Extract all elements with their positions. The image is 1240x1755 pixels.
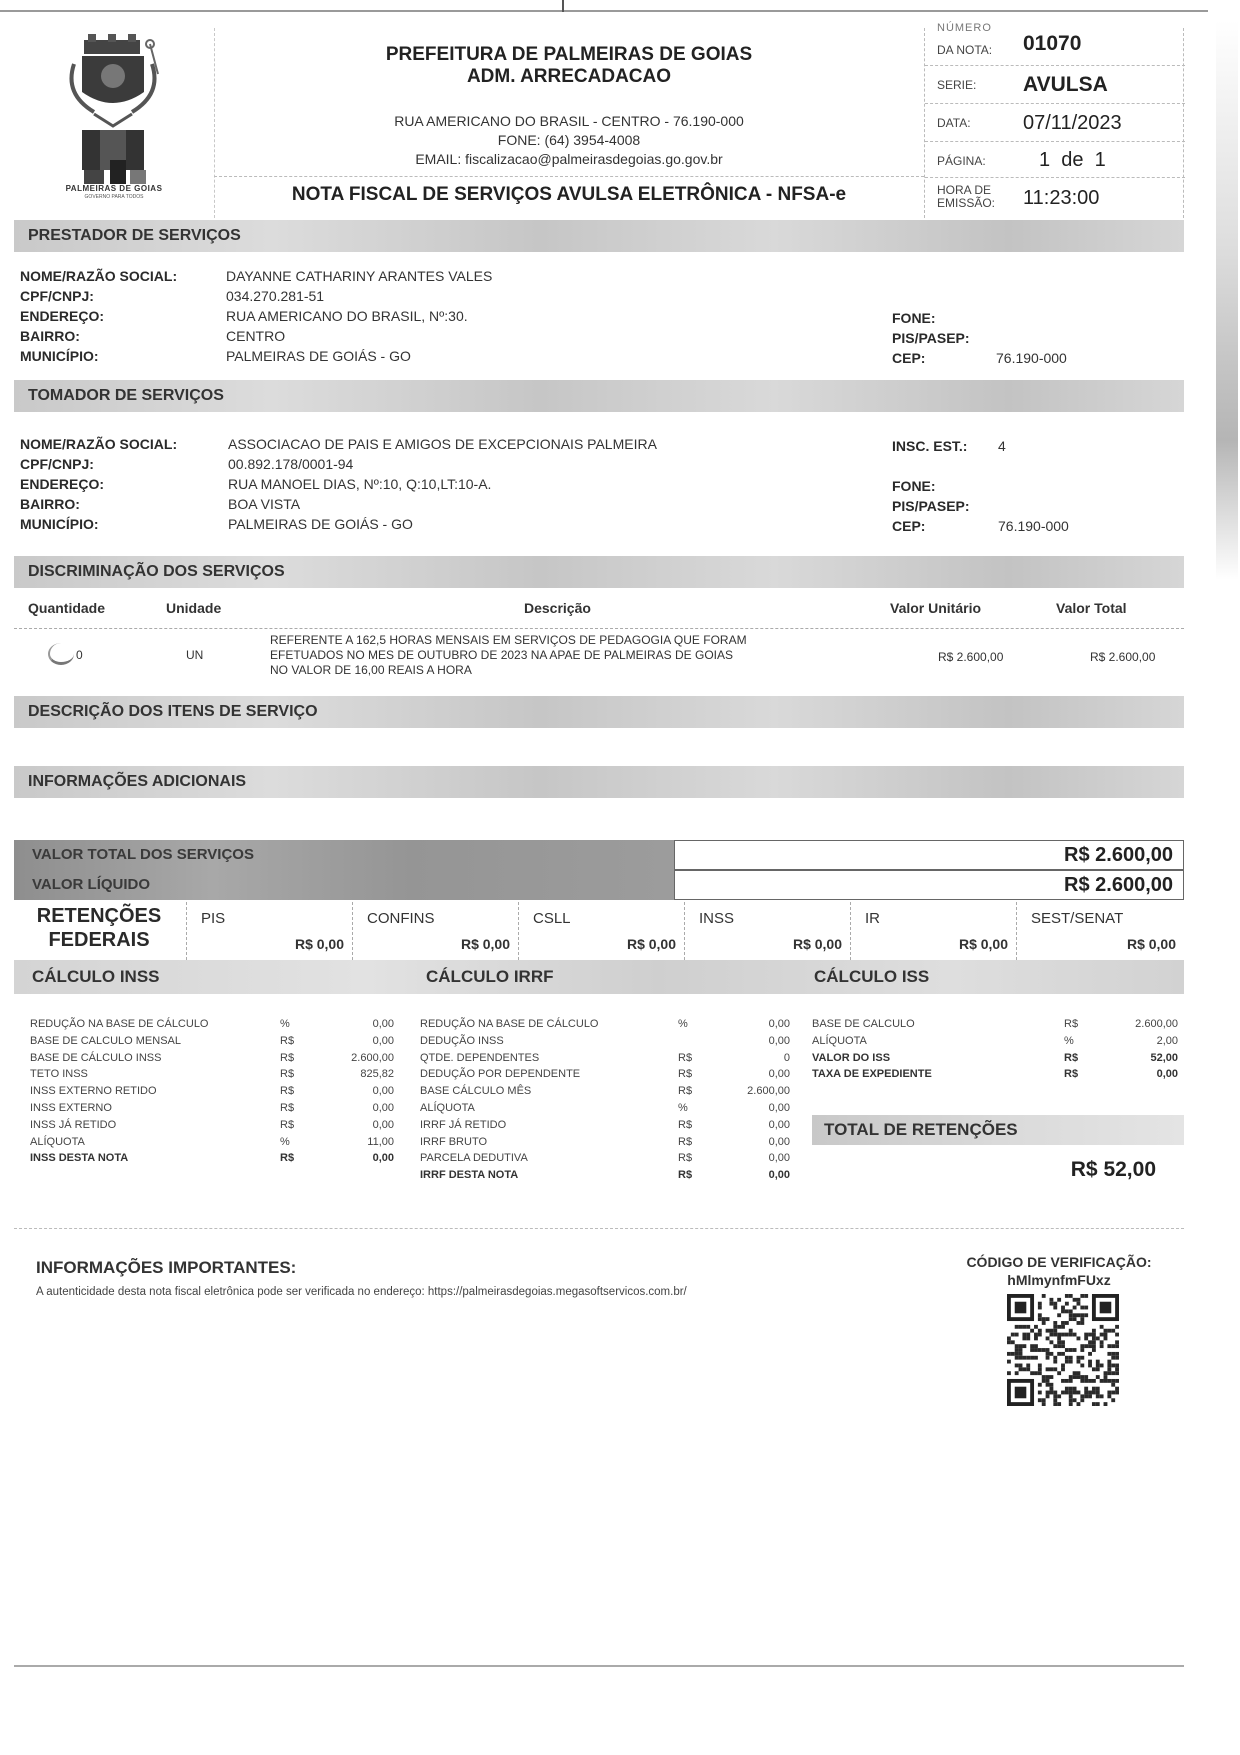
column-header-descricao: Descrição bbox=[524, 600, 591, 616]
section-title-tomador: TOMADOR DE SERVIÇOS bbox=[28, 387, 224, 405]
column-header-valor-unitario: Valor Unitário bbox=[890, 600, 981, 616]
retencao-value: R$ 0,00 bbox=[1127, 936, 1176, 952]
calc-row-label: PARCELA DEDUTIVA bbox=[420, 1152, 528, 1164]
calc-row-value: 52,00 bbox=[1098, 1052, 1178, 1064]
calculo-bar: CÁLCULO INSS CÁLCULO IRRF CÁLCULO ISS bbox=[14, 960, 1184, 994]
calc-row-value: 0,00 bbox=[710, 1119, 790, 1131]
section-bar-info-adicionais: INFORMAÇÕES ADICIONAIS bbox=[14, 766, 1184, 798]
calc-row-value: 0,00 bbox=[314, 1102, 394, 1114]
label-nome: NOME/RAZÃO SOCIAL: bbox=[20, 268, 177, 284]
label-bairro: BAIRRO: bbox=[20, 328, 80, 344]
value-box-valor-liquido: R$ 2.600,00 bbox=[674, 870, 1184, 900]
calc-row-value: 825,82 bbox=[314, 1068, 394, 1080]
column-header-unidade: Unidade bbox=[166, 600, 221, 616]
calc-row-value: 0,00 bbox=[314, 1035, 394, 1047]
retencao-value: R$ 0,00 bbox=[461, 936, 510, 952]
label-municipio: MUNICÍPIO: bbox=[20, 348, 99, 364]
calc-row-unit: R$ bbox=[678, 1119, 692, 1131]
retencao-value: R$ 0,00 bbox=[959, 936, 1008, 952]
retencao-ir: IR R$ 0,00 bbox=[850, 902, 1016, 960]
calc-row-unit: % bbox=[678, 1102, 688, 1114]
coat-of-arms-logo-icon bbox=[54, 34, 174, 204]
meta-label-pagina: PÁGINA: bbox=[937, 155, 986, 168]
calc-row-label: ALÍQUOTA bbox=[30, 1136, 85, 1148]
calculo-inss-title: CÁLCULO INSS bbox=[32, 967, 160, 987]
label-cep: CEP: bbox=[892, 350, 925, 366]
label-valor-liquido: VALOR LÍQUIDO bbox=[32, 876, 150, 893]
page-bottom-edge bbox=[14, 1665, 1184, 1667]
calculo-iss-title: CÁLCULO ISS bbox=[814, 967, 929, 987]
meta-label-serie: SERIE: bbox=[937, 79, 976, 92]
label-fone: FONE: bbox=[892, 478, 936, 494]
prestador-cep: 76.190-000 bbox=[996, 350, 1067, 366]
calc-row-label: IRRF JÁ RETIDO bbox=[420, 1119, 506, 1131]
calc-row-value: 0,00 bbox=[314, 1119, 394, 1131]
calc-row-label: BASE DE CALCULO MENSAL bbox=[30, 1035, 181, 1047]
valor-total-servicos: R$ 2.600,00 bbox=[1064, 844, 1173, 867]
calc-row-unit: % bbox=[280, 1136, 290, 1148]
prestador-bairro: CENTRO bbox=[226, 328, 285, 344]
total-retencoes-value: R$ 52,00 bbox=[1071, 1158, 1156, 1182]
label-municipio: MUNICÍPIO: bbox=[20, 516, 99, 532]
label-cpf: CPF/CNPJ: bbox=[20, 288, 94, 304]
cell-valor-total: R$ 2.600,00 bbox=[1090, 650, 1155, 665]
retencao-confins: CONFINS R$ 0,00 bbox=[352, 902, 518, 960]
logo-municipality-name: PALMEIRAS DE GOIAS bbox=[50, 184, 178, 193]
prefeitura-phone: FONE: (64) 3954-4008 bbox=[214, 131, 924, 150]
redaction-blot bbox=[48, 643, 74, 665]
calc-row-value: 0,00 bbox=[710, 1169, 790, 1181]
table-header-divider bbox=[14, 628, 1184, 629]
nota-date: 07/11/2023 bbox=[1023, 112, 1122, 135]
retencao-name: CSLL bbox=[533, 910, 571, 927]
prefeitura-email: EMAIL: fiscalizacao@palmeirasdegoias.go.… bbox=[214, 150, 924, 169]
prestador-municipio: PALMEIRAS DE GOIÁS - GO bbox=[226, 348, 411, 364]
calc-row-label: INSS JÁ RETIDO bbox=[30, 1119, 116, 1131]
calc-row-unit: R$ bbox=[678, 1085, 692, 1097]
section-bar-tomador: TOMADOR DE SERVIÇOS bbox=[14, 380, 1184, 412]
retencao-value: R$ 0,00 bbox=[793, 936, 842, 952]
calc-row-unit: % bbox=[678, 1018, 688, 1030]
tomador-municipio: PALMEIRAS DE GOIÁS - GO bbox=[228, 516, 413, 532]
scan-artifact bbox=[1216, 20, 1238, 580]
retencao-name: SEST/SENAT bbox=[1031, 910, 1123, 927]
meta-label-numero-cut: NÚMERO bbox=[937, 22, 992, 34]
calc-row-value: 0,00 bbox=[710, 1102, 790, 1114]
retencoes-title: RETENÇÕES FEDERAIS bbox=[14, 904, 184, 952]
retencao-inss: INSS R$ 0,00 bbox=[684, 902, 850, 960]
calc-row-value: 0,00 bbox=[710, 1136, 790, 1148]
calc-row-unit: % bbox=[280, 1018, 290, 1030]
cell-quantidade: 0 bbox=[76, 648, 83, 663]
calc-row-unit: R$ bbox=[280, 1035, 294, 1047]
calc-row-label: IRRF BRUTO bbox=[420, 1136, 487, 1148]
prefeitura-title: PREFEITURA DE PALMEIRAS DE GOIAS bbox=[214, 44, 924, 66]
total-bar-valor-total: VALOR TOTAL DOS SERVIÇOS bbox=[14, 840, 674, 870]
section-bar-prestador: PRESTADOR DE SERVIÇOS bbox=[14, 220, 1184, 252]
retencoes-federais-row: RETENÇÕES FEDERAIS PIS R$ 0,00 CONFINS R… bbox=[14, 902, 1184, 960]
calc-row-value: 0,00 bbox=[710, 1068, 790, 1080]
tomador-nome: ASSOCIACAO DE PAIS E AMIGOS DE EXCEPCION… bbox=[228, 436, 657, 452]
tomador-insc-est: 4 bbox=[998, 438, 1006, 454]
tomador-endereco: RUA MANOEL DIAS, Nº:10, Q:10,LT:10-A. bbox=[228, 476, 491, 492]
calc-row-value: 2.600,00 bbox=[314, 1052, 394, 1064]
department-title: ADM. ARRECADACAO bbox=[214, 66, 924, 88]
total-retencoes-label: TOTAL DE RETENÇÕES bbox=[824, 1120, 1018, 1140]
meta-label-hora-2: EMISSÃO: bbox=[937, 197, 995, 210]
calc-row-value: 11,00 bbox=[314, 1136, 394, 1148]
calc-row-value: 0,00 bbox=[314, 1018, 394, 1030]
tomador-cep: 76.190-000 bbox=[998, 518, 1069, 534]
calc-row-unit: R$ bbox=[280, 1119, 294, 1131]
calc-row-label: DEDUÇÃO INSS bbox=[420, 1035, 504, 1047]
calc-row-label: QTDE. DEPENDENTES bbox=[420, 1052, 539, 1064]
calc-row-value: 0 bbox=[710, 1052, 790, 1064]
calc-row-unit: R$ bbox=[678, 1152, 692, 1164]
calc-row-value: 2.600,00 bbox=[1098, 1018, 1178, 1030]
retencao-name: PIS bbox=[201, 910, 225, 927]
calc-row-label: VALOR DO ISS bbox=[812, 1052, 890, 1064]
total-retencoes-bar: TOTAL DE RETENÇÕES bbox=[812, 1115, 1184, 1145]
meta-row-hora: HORA DE EMISSÃO: 11:23:00 bbox=[925, 178, 1185, 218]
section-bar-servicos: DISCRIMINAÇÃO DOS SERVIÇOS bbox=[14, 556, 1184, 588]
retencao-csll: CSLL R$ 0,00 bbox=[518, 902, 684, 960]
nota-serie: AVULSA bbox=[1023, 73, 1108, 97]
prestador-cpf: 034.270.281-51 bbox=[226, 288, 324, 304]
calc-row-unit: R$ bbox=[280, 1085, 294, 1097]
meta-row-serie: SERIE: AVULSA bbox=[925, 66, 1185, 104]
meta-row-data: DATA: 07/11/2023 bbox=[925, 104, 1185, 142]
calc-row-label: TAXA DE EXPEDIENTE bbox=[812, 1068, 932, 1080]
calc-row-value: 0,00 bbox=[1098, 1068, 1178, 1080]
codigo-verificacao-title: CÓDIGO DE VERIFICAÇÃO: bbox=[934, 1254, 1184, 1270]
calc-row-label: INSS EXTERNO bbox=[30, 1102, 112, 1114]
label-endereco: ENDEREÇO: bbox=[20, 308, 104, 324]
calc-row-unit: R$ bbox=[1064, 1068, 1078, 1080]
label-nome: NOME/RAZÃO SOCIAL: bbox=[20, 436, 177, 452]
value-box-valor-total: R$ 2.600,00 bbox=[674, 840, 1184, 870]
calc-row-unit: R$ bbox=[678, 1169, 692, 1181]
calculo-irrf-title: CÁLCULO IRRF bbox=[426, 967, 553, 987]
logo-slogan: GOVERNO PARA TODOS bbox=[50, 194, 178, 200]
prefeitura-address: RUA AMERICANO DO BRASIL - CENTRO - 76.19… bbox=[214, 112, 924, 131]
calc-row-unit: R$ bbox=[280, 1068, 294, 1080]
nota-meta-box: NÚMERO DA NOTA: 01070 SERIE: AVULSA DATA… bbox=[924, 28, 1184, 218]
descricao-line-1: REFERENTE A 162,5 HORAS MENSAIS EM SERVI… bbox=[270, 633, 747, 648]
calc-row-value: 2.600,00 bbox=[710, 1085, 790, 1097]
calc-row-label: ALÍQUOTA bbox=[812, 1035, 867, 1047]
column-header-valor-total: Valor Total bbox=[1056, 600, 1127, 616]
meta-row-pagina: PÁGINA: 1 de 1 bbox=[925, 142, 1185, 178]
calc-row-value: 0,00 bbox=[710, 1035, 790, 1047]
column-header-quantidade: Quantidade bbox=[28, 600, 105, 616]
retencoes-title-2: FEDERAIS bbox=[14, 928, 184, 952]
calc-row-label: INSS EXTERNO RETIDO bbox=[30, 1085, 157, 1097]
codigo-verificacao-value: hMlmynfmFUxz bbox=[934, 1272, 1184, 1288]
cell-valor-unitario: R$ 2.600,00 bbox=[938, 650, 1003, 665]
label-fone: FONE: bbox=[892, 310, 936, 326]
divider bbox=[214, 176, 924, 177]
total-bar-valor-liquido: VALOR LÍQUIDO bbox=[14, 870, 674, 900]
label-cpf: CPF/CNPJ: bbox=[20, 456, 94, 472]
calc-row-unit: % bbox=[1064, 1035, 1074, 1047]
retencao-value: R$ 0,00 bbox=[627, 936, 676, 952]
descricao-line-2: EFETUADOS NO MES DE OUTUBRO DE 2023 NA A… bbox=[270, 648, 747, 663]
calc-row-label: ALÍQUOTA bbox=[420, 1102, 475, 1114]
meta-label-hora: HORA DE EMISSÃO: bbox=[937, 184, 995, 210]
calc-row-label: BASE DE CALCULO bbox=[812, 1018, 915, 1030]
nota-time: 11:23:00 bbox=[1023, 187, 1099, 210]
calc-row-unit: R$ bbox=[678, 1136, 692, 1148]
calc-row-unit: R$ bbox=[1064, 1052, 1078, 1064]
nota-page: 1 de 1 bbox=[1039, 149, 1106, 172]
nota-number: 01070 bbox=[1023, 32, 1081, 56]
calc-row-unit: R$ bbox=[678, 1068, 692, 1080]
calc-row-label: BASE DE CÁLCULO INSS bbox=[30, 1052, 161, 1064]
retencao-name: INSS bbox=[699, 910, 734, 927]
prefeitura-contact: RUA AMERICANO DO BRASIL - CENTRO - 76.19… bbox=[214, 112, 924, 169]
nota-fiscal-document: PALMEIRAS DE GOIAS GOVERNO PARA TODOS PR… bbox=[14, 28, 1184, 1668]
label-bairro: BAIRRO: bbox=[20, 496, 80, 512]
meta-label-numero: DA NOTA: bbox=[937, 44, 992, 57]
cell-descricao: REFERENTE A 162,5 HORAS MENSAIS EM SERVI… bbox=[270, 633, 747, 678]
retencao-sest-senat: SEST/SENAT R$ 0,00 bbox=[1016, 902, 1184, 960]
calc-row-value: 0,00 bbox=[314, 1085, 394, 1097]
label-pis: PIS/PASEP: bbox=[892, 330, 970, 346]
section-title-servicos: DISCRIMINAÇÃO DOS SERVIÇOS bbox=[28, 563, 285, 581]
prestador-nome: DAYANNE CATHARINY ARANTES VALES bbox=[226, 268, 492, 284]
calc-row-unit: R$ bbox=[1064, 1018, 1078, 1030]
calc-row-label: IRRF DESTA NOTA bbox=[420, 1169, 518, 1181]
retencoes-title-1: RETENÇÕES bbox=[14, 904, 184, 928]
calc-row-value: 2,00 bbox=[1098, 1035, 1178, 1047]
calc-row-label: INSS DESTA NOTA bbox=[30, 1152, 128, 1164]
label-insc-est: INSC. EST.: bbox=[892, 438, 967, 454]
document-header: PALMEIRAS DE GOIAS GOVERNO PARA TODOS PR… bbox=[14, 28, 1184, 218]
calc-row-unit: R$ bbox=[280, 1152, 294, 1164]
divider bbox=[14, 1228, 1184, 1229]
section-title-prestador: PRESTADOR DE SERVIÇOS bbox=[28, 227, 241, 245]
page-edge bbox=[0, 10, 1208, 12]
tomador-bairro: BOA VISTA bbox=[228, 496, 300, 512]
label-pis: PIS/PASEP: bbox=[892, 498, 970, 514]
informacoes-importantes-text: A autenticidade desta nota fiscal eletrô… bbox=[36, 1286, 687, 1298]
section-title-descricao-itens: DESCRIÇÃO DOS ITENS DE SERVIÇO bbox=[28, 703, 318, 721]
calc-row-label: REDUÇÃO NA BASE DE CÁLCULO bbox=[30, 1018, 209, 1030]
prestador-endereco: RUA AMERICANO DO BRASIL, Nº:30. bbox=[226, 308, 468, 324]
calc-row-unit: R$ bbox=[280, 1052, 294, 1064]
section-title-info-adicionais: INFORMAÇÕES ADICIONAIS bbox=[28, 773, 246, 791]
calc-row-label: REDUÇÃO NA BASE DE CÁLCULO bbox=[420, 1018, 599, 1030]
calc-row-unit: R$ bbox=[678, 1052, 692, 1064]
valor-liquido: R$ 2.600,00 bbox=[1064, 874, 1173, 897]
descricao-line-3: NO VALOR DE 16,00 REAIS A HORA bbox=[270, 663, 747, 678]
document-title: NOTA FISCAL DE SERVIÇOS AVULSA ELETRÔNIC… bbox=[214, 184, 924, 206]
calc-row-value: 0,00 bbox=[710, 1018, 790, 1030]
label-cep: CEP: bbox=[892, 518, 925, 534]
calc-row-value: 0,00 bbox=[314, 1152, 394, 1164]
calc-row-label: DEDUÇÃO POR DEPENDENTE bbox=[420, 1068, 580, 1080]
retencao-name: IR bbox=[865, 910, 880, 927]
retencao-name: CONFINS bbox=[367, 910, 435, 927]
label-valor-total: VALOR TOTAL DOS SERVIÇOS bbox=[32, 846, 254, 863]
section-bar-descricao-itens: DESCRIÇÃO DOS ITENS DE SERVIÇO bbox=[14, 696, 1184, 728]
informacoes-importantes-title: INFORMAÇÕES IMPORTANTES: bbox=[36, 1258, 296, 1278]
page-tick-mark bbox=[562, 0, 564, 12]
qr-code-icon bbox=[1007, 1294, 1119, 1406]
meta-label-data: DATA: bbox=[937, 117, 971, 130]
calc-row-label: BASE CÁLCULO MÊS bbox=[420, 1085, 531, 1097]
label-endereco: ENDEREÇO: bbox=[20, 476, 104, 492]
calc-row-value: 0,00 bbox=[710, 1152, 790, 1164]
retencao-pis: PIS R$ 0,00 bbox=[186, 902, 352, 960]
calc-row-unit: R$ bbox=[280, 1102, 294, 1114]
retencao-value: R$ 0,00 bbox=[295, 936, 344, 952]
calc-row-label: TETO INSS bbox=[30, 1068, 88, 1080]
tomador-cpf: 00.892.178/0001-94 bbox=[228, 456, 353, 472]
cell-unidade: UN bbox=[186, 648, 203, 663]
meta-row-numero: NÚMERO DA NOTA: 01070 bbox=[925, 28, 1185, 66]
